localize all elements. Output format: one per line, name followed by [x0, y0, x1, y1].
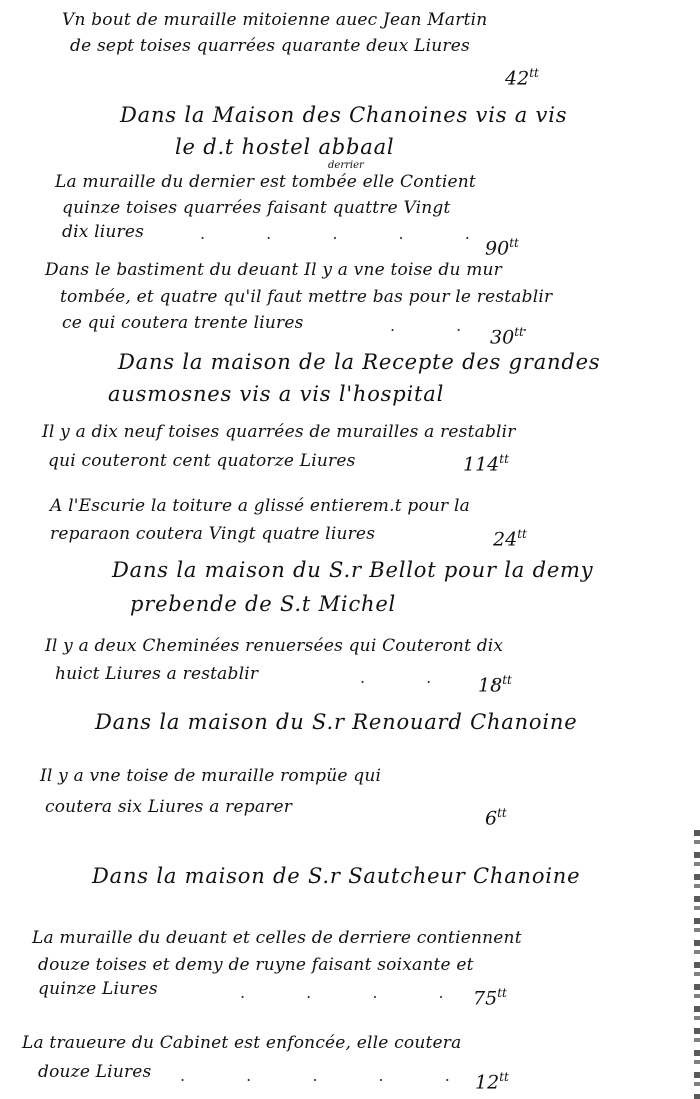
entry-line: Il y a dix neuf toises quarrées de murai…: [42, 422, 516, 442]
entry-line: Vn bout de muraille mitoienne auec Jean …: [62, 10, 487, 30]
entry-line: Dans le bastiment du deuant Il y a vne t…: [45, 260, 502, 280]
page-binding-edge: [694, 830, 700, 1099]
leader-dots: . . . .: [240, 983, 472, 1002]
entry-line: Il y a vne toise de muraille rompüe qui: [40, 766, 381, 786]
section-heading: ausmosnes vis a vis l'hospital: [108, 382, 444, 406]
entry-amount: 75tt: [473, 986, 507, 1009]
entry-amount: 42tt: [505, 66, 539, 89]
entry-line: ce qui coutera trente liures: [62, 313, 304, 333]
entry-line: huict Liures a restablir: [55, 664, 258, 684]
entry-line: de sept toises quarrées quarante deux Li…: [70, 36, 470, 56]
section-heading: Dans la maison de S.r Sautcheur Chanoine: [92, 864, 580, 888]
entry-amount: 114tt: [463, 452, 509, 475]
entry-line: qui couteront cent quatorze Liures: [48, 451, 356, 471]
entry-line: douze Liures: [38, 1062, 151, 1082]
interlinear-correction: derrier: [328, 160, 364, 171]
entry-amount: 24tt: [493, 527, 527, 550]
entry-line: Il y a deux Cheminées renuersées qui Cou…: [45, 636, 503, 656]
entry-line: dix liures: [62, 222, 144, 242]
entry-amount: 30tt: [490, 325, 524, 348]
entry-line: tombée, et quatre qu'il faut mettre bas …: [60, 287, 552, 307]
entry-line: La traueure du Cabinet est enfoncée, ell…: [22, 1033, 461, 1053]
section-heading: Dans la maison du S.r Bellot pour la dem…: [112, 558, 593, 582]
entry-line: quinze toises quarrées faisant quattre V…: [62, 198, 451, 218]
entry-line: reparaon coutera Vingt quatre liures: [50, 524, 375, 544]
section-heading: le d.t hostel abbaal: [175, 135, 394, 159]
leader-dots: . . .: [390, 316, 555, 335]
leader-dots: . . . . .: [200, 224, 498, 243]
section-heading: prebende de S.t Michel: [130, 592, 396, 616]
entry-line: A l'Escurie la toiture a glissé entierem…: [50, 496, 470, 516]
entry-amount: 90tt: [485, 236, 519, 259]
entry-line: quinze Liures: [38, 979, 158, 999]
entry-line: La muraille du deuant et celles de derri…: [32, 928, 522, 948]
entry-line: La muraille du dernier est tombée elle C…: [55, 172, 476, 192]
entry-line: coutera six Liures a reparer: [45, 797, 292, 817]
section-heading: Dans la maison de la Recepte des grandes: [118, 350, 600, 374]
entry-amount: 6tt: [485, 806, 507, 829]
entry-amount: 12tt: [475, 1070, 509, 1093]
section-heading: Dans la maison du S.r Renouard Chanoine: [95, 710, 577, 734]
manuscript-page: Vn bout de muraille mitoienne auec Jean …: [0, 0, 700, 1099]
section-heading: Dans la Maison des Chanoines vis a vis: [120, 103, 567, 127]
entry-line: douze toises et demy de ruyne faisant so…: [38, 955, 474, 975]
leader-dots: . . . . .: [180, 1066, 478, 1085]
entry-amount: 18tt: [478, 673, 512, 696]
